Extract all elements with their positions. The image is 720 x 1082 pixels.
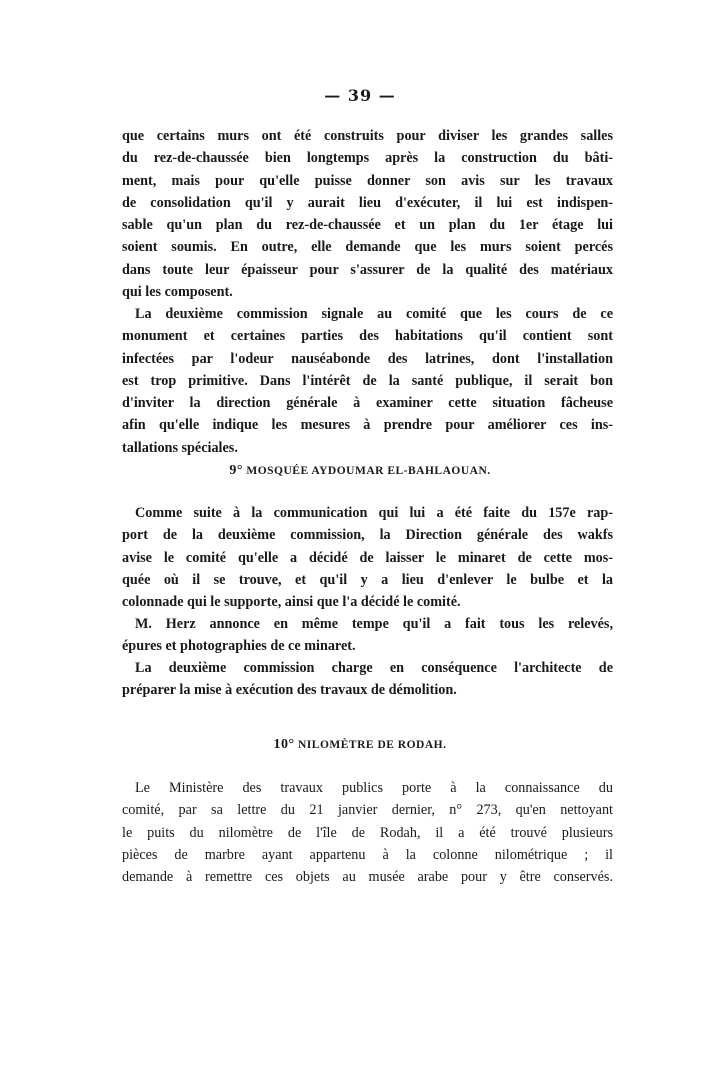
section-9-paragraph-1: Comme suite à la communication qui lui a… [122, 502, 613, 613]
text-line: afin qu'elle indique les mesures à prend… [122, 414, 613, 436]
text-line: du rez-de-chaussée bien longtemps après … [122, 147, 613, 169]
text-line: comité, par sa lettre du 21 janvier dern… [122, 799, 613, 821]
text-line: tallations spéciales. [122, 437, 613, 459]
section-10-paragraph-1: Le Ministère des travaux publics porte à… [122, 777, 613, 888]
section-heading-10: 10° NILOMÈTRE DE RODAH. [0, 737, 720, 753]
paragraph-2: La deuxième commission signale au comité… [122, 303, 613, 459]
text-line: soient soumis. En outre, elle demande qu… [122, 236, 613, 258]
text-line: sable qu'un plan du rez-de-chaussée et u… [122, 214, 613, 236]
text-line: demande à remettre ces objets au musée a… [122, 866, 613, 888]
section-title: MOSQUÉE AYDOUMAR EL-BAHLAOUAN. [246, 465, 490, 477]
text-line: préparer la mise à exécution des travaux… [122, 679, 613, 701]
section-title: NILOMÈTRE DE RODAH. [298, 739, 446, 751]
page-number: — 39 — [0, 86, 720, 105]
text-line: Le Ministère des travaux publics porte à… [122, 777, 613, 799]
text-line: port de la deuxième commission, la Direc… [122, 524, 613, 546]
text-line: dans toute leur épaisseur pour s'assurer… [122, 259, 613, 281]
text-line: qui les composent. [122, 281, 613, 303]
text-line: d'inviter la direction générale à examin… [122, 392, 613, 414]
section-number: 10° [274, 737, 295, 752]
text-line: infectées par l'odeur nauséabonde des la… [122, 348, 613, 370]
text-line: le puits du nilomètre de l'île de Rodah,… [122, 822, 613, 844]
section-9-paragraph-2: M. Herz annonce en même tempe qu'il a fa… [122, 613, 613, 658]
paragraph-1: que certains murs ont été construits pou… [122, 125, 613, 303]
text-line: La deuxième commission signale au comité… [122, 303, 613, 325]
text-line: M. Herz annonce en même tempe qu'il a fa… [122, 613, 613, 635]
text-line: quée où il se trouve, et qu'il y a lieu … [122, 569, 613, 591]
text-line: ment, mais pour qu'elle puisse donner so… [122, 170, 613, 192]
text-line: épures et photographies de ce minaret. [122, 635, 613, 657]
text-line: avise le comité qu'elle a décidé de lais… [122, 547, 613, 569]
section-number: 9° [229, 463, 243, 478]
section-heading-9: 9° MOSQUÉE AYDOUMAR EL-BAHLAOUAN. [0, 463, 720, 479]
section-9-paragraph-3: La deuxième commission charge en conséqu… [122, 657, 613, 702]
text-line: Comme suite à la communication qui lui a… [122, 502, 613, 524]
text-line: pièces de marbre ayant appartenu à la co… [122, 844, 613, 866]
text-line: de consolidation qu'il y aurait lieu d'e… [122, 192, 613, 214]
text-line: monument et certaines parties des habita… [122, 325, 613, 347]
text-line: que certains murs ont été construits pou… [122, 125, 613, 147]
text-line: colonnade qui le supporte, ainsi que l'a… [122, 591, 613, 613]
text-line: La deuxième commission charge en conséqu… [122, 657, 613, 679]
text-line: est trop primitive. Dans l'intérêt de la… [122, 370, 613, 392]
